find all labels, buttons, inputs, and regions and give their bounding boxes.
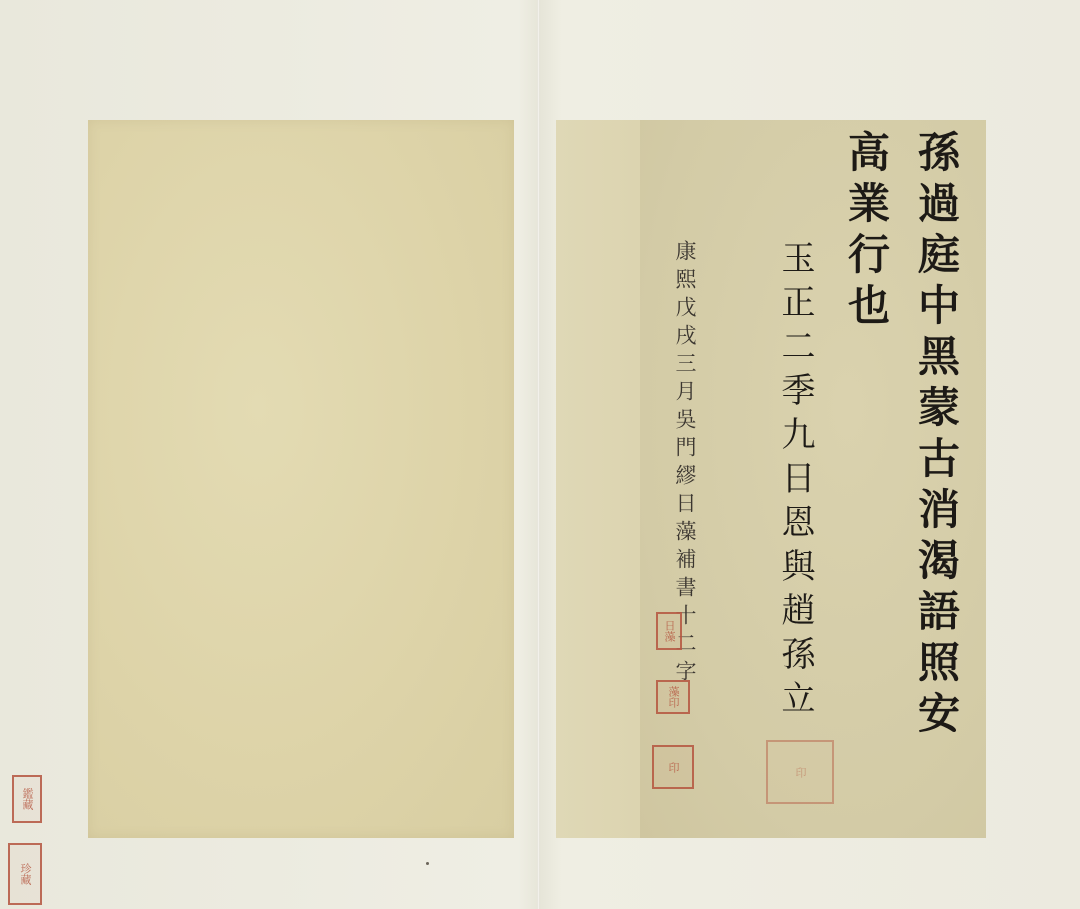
seal-zao-yin: 藻印 xyxy=(656,680,690,714)
left-paper-strip xyxy=(556,120,640,838)
collector-seal-2: 珍藏 xyxy=(8,843,42,905)
center-fold xyxy=(537,0,540,909)
signature-column: 玉正二季九日恩與趙孫立 xyxy=(778,240,812,724)
seal-ri-zao: 日藻 xyxy=(656,612,682,650)
seal-signature: 印 xyxy=(766,740,834,804)
collector-seal-1: 鑑藏 xyxy=(12,775,42,823)
calligraphy-column-2: 高業行也 xyxy=(845,130,887,334)
left-leaf-blank xyxy=(88,120,514,838)
seal-lower: 印 xyxy=(652,745,694,789)
speck xyxy=(426,862,429,865)
calligraphy-column-1: 孫過庭中黑蒙古消渴語照安 xyxy=(915,130,957,742)
